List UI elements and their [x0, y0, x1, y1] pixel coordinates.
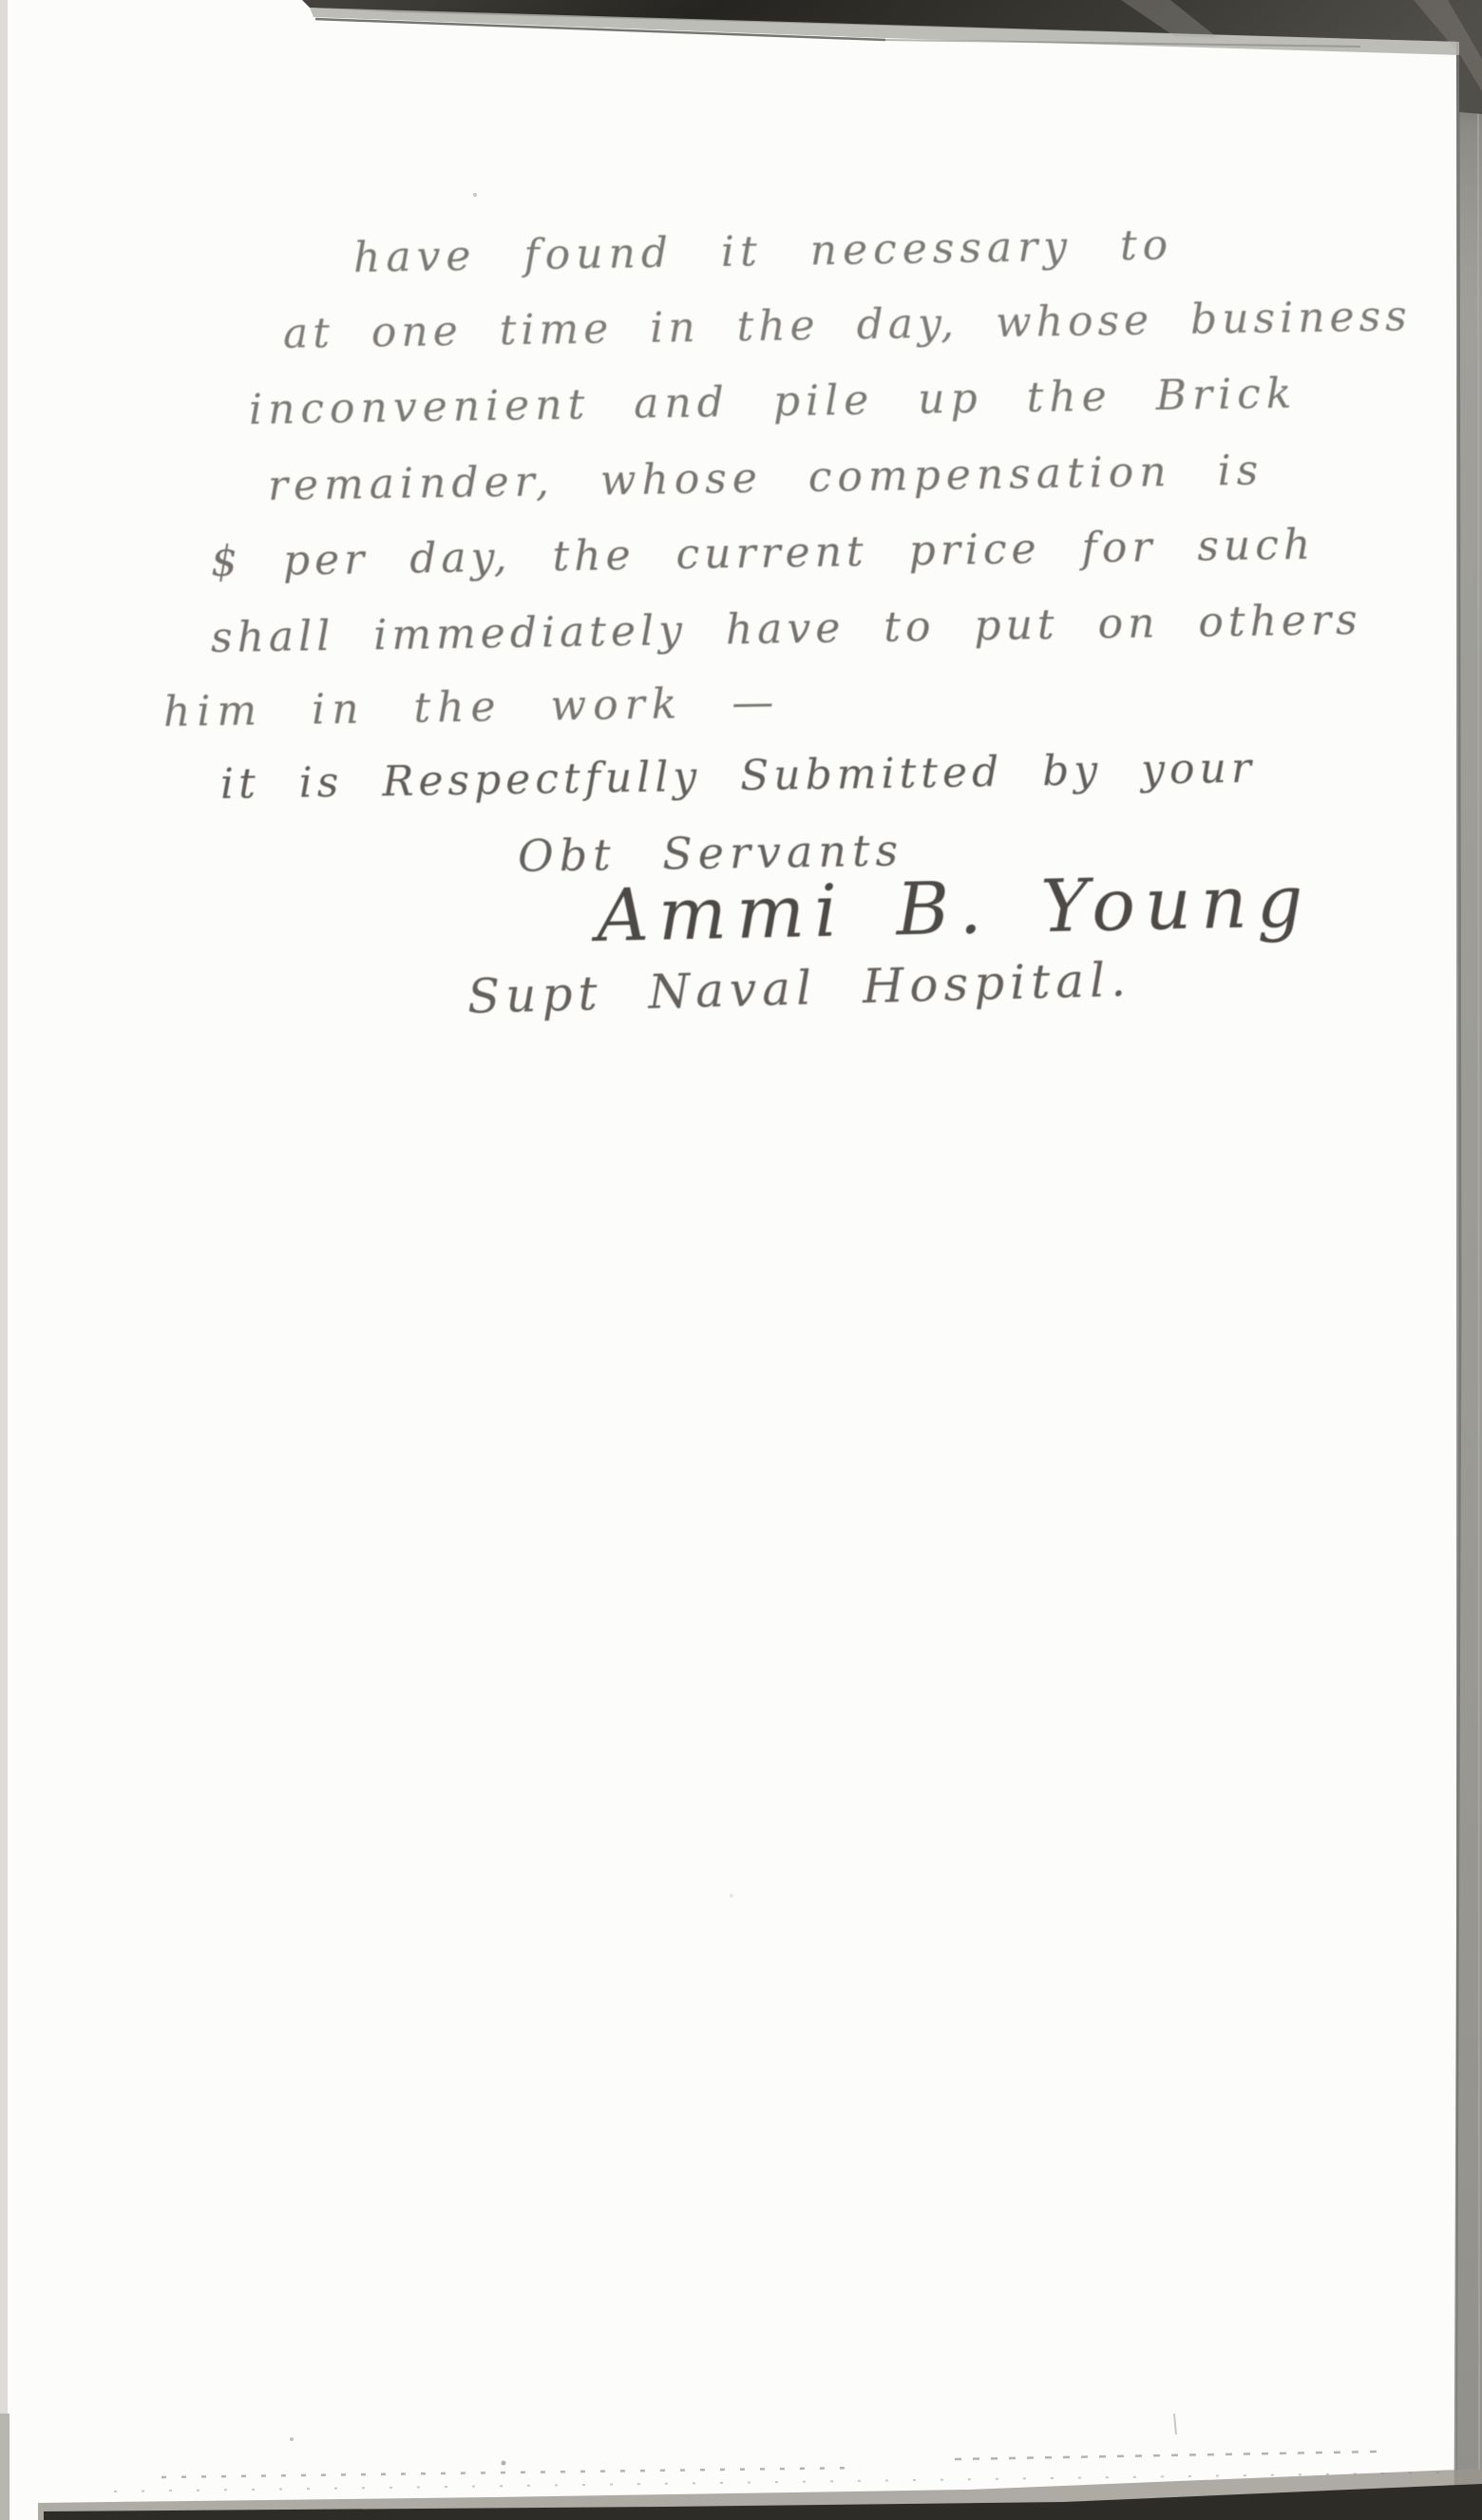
handwriting-line-7: him in the work —	[163, 682, 781, 734]
handwriting-line-2: at one time in the day, whose business	[283, 296, 1412, 355]
handwriting-line-3: inconvenient and pile up the Brick	[249, 373, 1298, 431]
page-top-edge	[310, 8, 1459, 55]
signature: Ammi B. Young	[596, 865, 1313, 952]
signature-title: Supt Naval Hospital.	[466, 956, 1131, 1021]
scanned-letter-page: have found it necessary to at one time i…	[0, 0, 1482, 2520]
handwriting-line-8: it is Respectfully Submitted by your	[220, 748, 1257, 806]
handwriting-line-6: shall immediately have to put on others	[211, 600, 1362, 659]
bottom-scan-gray	[38, 2469, 1482, 2520]
bottom-scan-band	[44, 2484, 1482, 2520]
top-scan-band	[302, 0, 1482, 114]
handwriting-line-1: have found it necessary to	[353, 224, 1174, 279]
right-page-edge	[1456, 27, 1482, 2520]
handwriting-line-4: remainder, whose compensation is	[268, 450, 1264, 507]
handwriting-line-5: $ per day, the current price for such	[211, 525, 1316, 583]
left-scan-edge	[0, 0, 8, 2520]
